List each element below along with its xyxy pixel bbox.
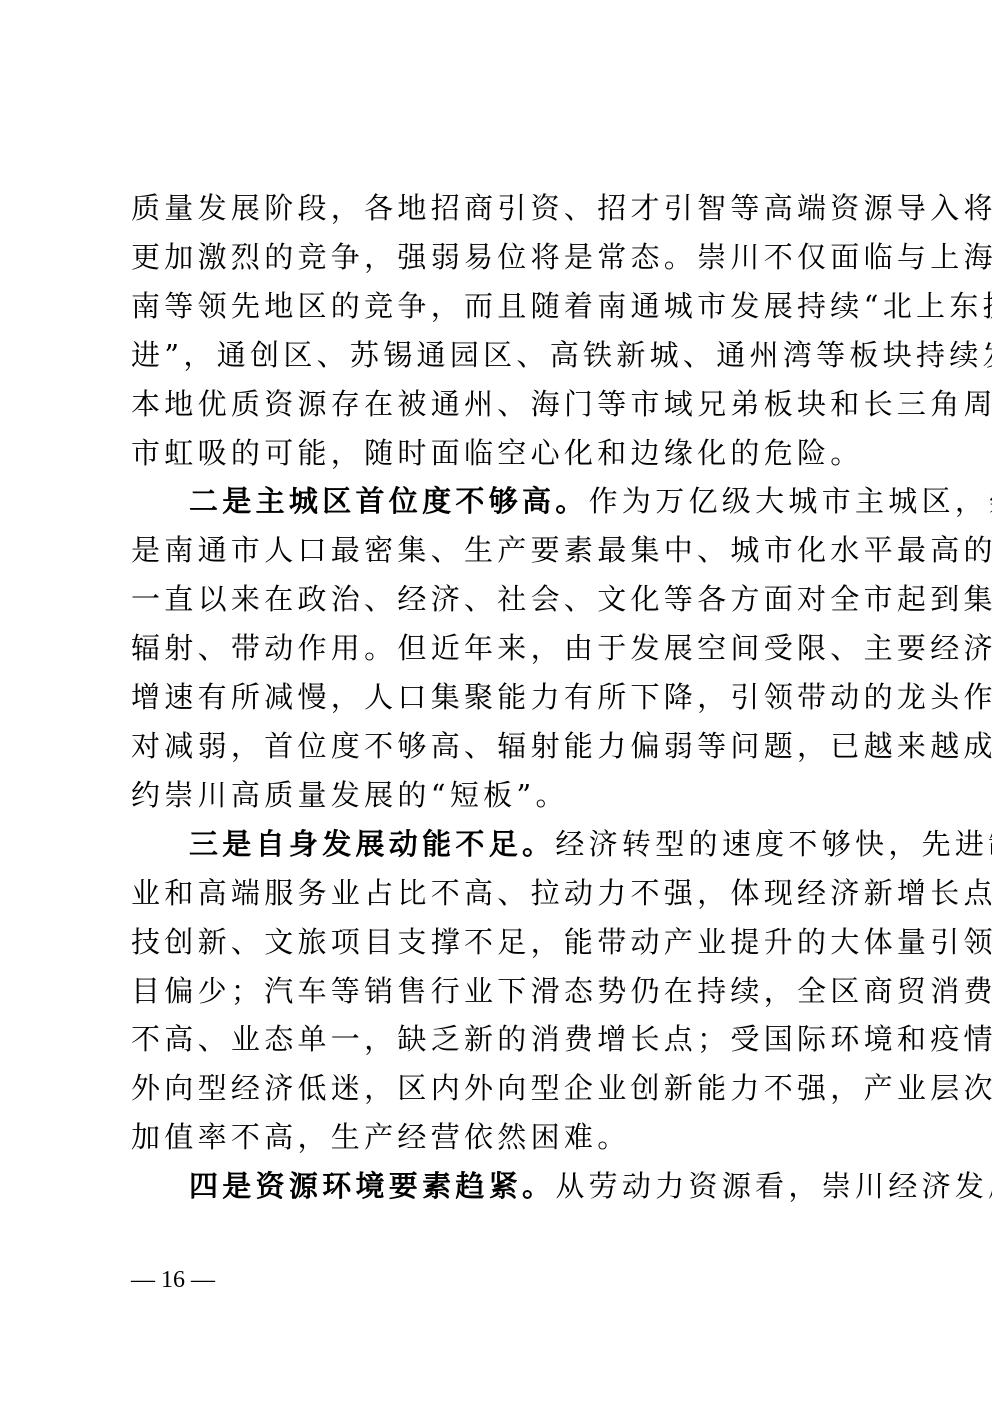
text-line: 进”，通创区、苏锡通园区、高铁新城、通州湾等板块持续发力， [131, 331, 871, 380]
text-line: 加值率不高，生产经营依然困难。 [131, 1113, 871, 1162]
text-line: 四是资源环境要素趋紧。从劳动力资源看，崇川经济发展面 [131, 1162, 871, 1211]
text-run: 作为万亿级大城市主城区，崇川 [589, 484, 992, 518]
text-line: 约崇川高质量发展的“短板”。 [131, 771, 871, 820]
text-line: 目偏少；汽车等销售行业下滑态势仍在持续，全区商贸消费品质 [131, 967, 871, 1016]
paragraph-heading: 三是自身发展动能不足。 [189, 827, 555, 861]
text-line: 对减弱，首位度不够高、辐射能力偏弱等问题，已越来越成为制 [131, 722, 871, 771]
text-line: 三是自身发展动能不足。经济转型的速度不够快，先进制造 [131, 820, 871, 869]
page-number: — 16 — [131, 1265, 215, 1295]
paragraph-heading: 四是资源环境要素趋紧。 [189, 1169, 555, 1203]
text-line: 二是主城区首位度不够高。作为万亿级大城市主城区，崇川 [131, 477, 871, 526]
text-line: 是南通市人口最密集、生产要素最集中、城市化水平最高的区域， [131, 526, 871, 575]
paragraph-resources: 四是资源环境要素趋紧。从劳动力资源看，崇川经济发展面 [131, 1162, 871, 1211]
text-line: 市虹吸的可能，随时面临空心化和边缘化的危险。 [131, 429, 871, 478]
document-body: 质量发展阶段，各地招商引资、招才引智等高端资源导入将面临 更加激烈的竞争，强弱易… [131, 184, 871, 1211]
text-line: 更加激烈的竞争，强弱易位将是常态。崇川不仅面临与上海、苏 [131, 233, 871, 282]
text-line: 辐射、带动作用。但近年来，由于发展空间受限、主要经济指标 [131, 624, 871, 673]
text-line: 一直以来在政治、经济、社会、文化等各方面对全市起到集聚、 [131, 575, 871, 624]
paragraph-competition: 质量发展阶段，各地招商引资、招才引智等高端资源导入将面临 更加激烈的竞争，强弱易… [131, 184, 871, 477]
text-line: 本地优质资源存在被通州、海门等市域兄弟板块和长三角周边城 [131, 380, 871, 429]
paragraph-momentum: 三是自身发展动能不足。经济转型的速度不够快，先进制造 业和高端服务业占比不高、拉… [131, 820, 871, 1162]
text-line: 南等领先地区的竞争，而且随着南通城市发展持续“北上东扩南 [131, 282, 871, 331]
text-line: 增速有所减慢，人口集聚能力有所下降，引领带动的龙头作用相 [131, 673, 871, 722]
text-run: 经济转型的速度不够快，先进制造 [555, 827, 992, 861]
text-line: 外向型经济低迷，区内外向型企业创新能力不强，产业层次和附 [131, 1064, 871, 1113]
paragraph-primacy: 二是主城区首位度不够高。作为万亿级大城市主城区，崇川 是南通市人口最密集、生产要… [131, 477, 871, 819]
text-line: 技创新、文旅项目支撑不足，能带动产业提升的大体量引领型项 [131, 918, 871, 967]
text-run: 从劳动力资源看，崇川经济发展面 [555, 1169, 992, 1203]
text-line: 质量发展阶段，各地招商引资、招才引智等高端资源导入将面临 [131, 184, 871, 233]
text-line: 业和高端服务业占比不高、拉动力不强，体现经济新增长点的科 [131, 869, 871, 918]
paragraph-heading: 二是主城区首位度不够高。 [189, 484, 589, 518]
text-line: 不高、业态单一，缺乏新的消费增长点；受国际环境和疫情影响， [131, 1015, 871, 1064]
